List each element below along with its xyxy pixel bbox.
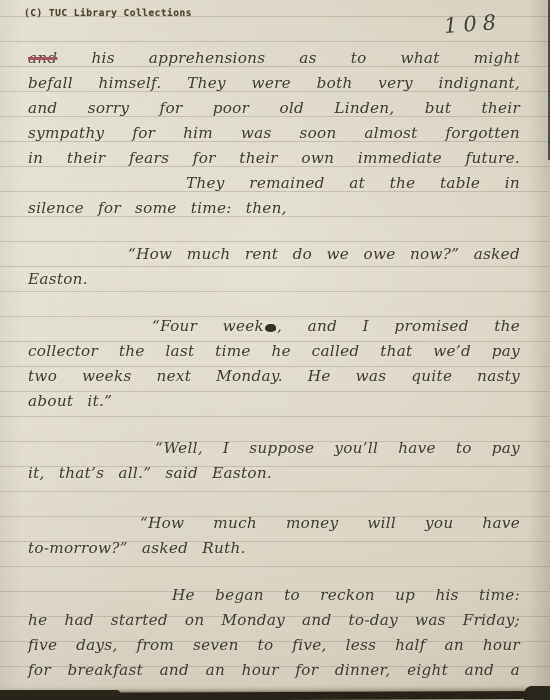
line-text: his apprehensions as to what might [91,49,520,67]
manuscript-line: in their fears for their own immediate f… [28,146,520,171]
manuscript-text: and his apprehensions as to what might b… [28,46,520,683]
line-text: , and I promised the [277,317,520,335]
manuscript-line: collector the last time he called that w… [28,339,520,364]
manuscript-line: silence for some time: then, [28,196,520,221]
manuscript-line: he had started on Monday and to-day was … [28,608,520,633]
library-watermark: (C) TUC Library Collections [24,8,192,19]
manuscript-line: and sorry for poor old Linden, but their [28,96,520,121]
page-edge-bottom-left [0,690,120,696]
manuscript-line: Easton. [28,267,520,292]
manuscript-line: “Four week, and I promised the [28,314,520,339]
manuscript-line: befall himself. They were both very indi… [28,71,520,96]
manuscript-line: “How much money will you have [28,511,520,536]
manuscript-line: “How much rent do we owe now?” asked [28,242,520,267]
manuscript-page: (C) TUC Library Collections 108 and his … [0,0,550,700]
line-text: “Four week [152,317,264,335]
manuscript-line: They remained at the table in [28,171,520,196]
page-edge-bottom-right [524,686,550,700]
manuscript-line: five days, from seven to five, less half… [28,633,520,658]
page-number: 108 [443,10,503,38]
manuscript-line: it, that’s all.” said Easton. [28,461,520,486]
manuscript-line: about it.” [28,389,520,414]
ink-blot [265,324,276,332]
manuscript-line: He began to reckon up his time: [28,583,520,608]
manuscript-line: two weeks next Monday. He was quite nast… [28,364,520,389]
manuscript-line: and his apprehensions as to what might [28,46,520,71]
manuscript-line: to-morrow?” asked Ruth. [28,536,520,561]
manuscript-line: for breakfast and an hour for dinner, ei… [28,658,520,683]
manuscript-line: “Well, I suppose you’ll have to pay [28,436,520,461]
manuscript-line: sympathy for him was soon almost forgott… [28,121,520,146]
struck-out-word: and [28,49,57,67]
